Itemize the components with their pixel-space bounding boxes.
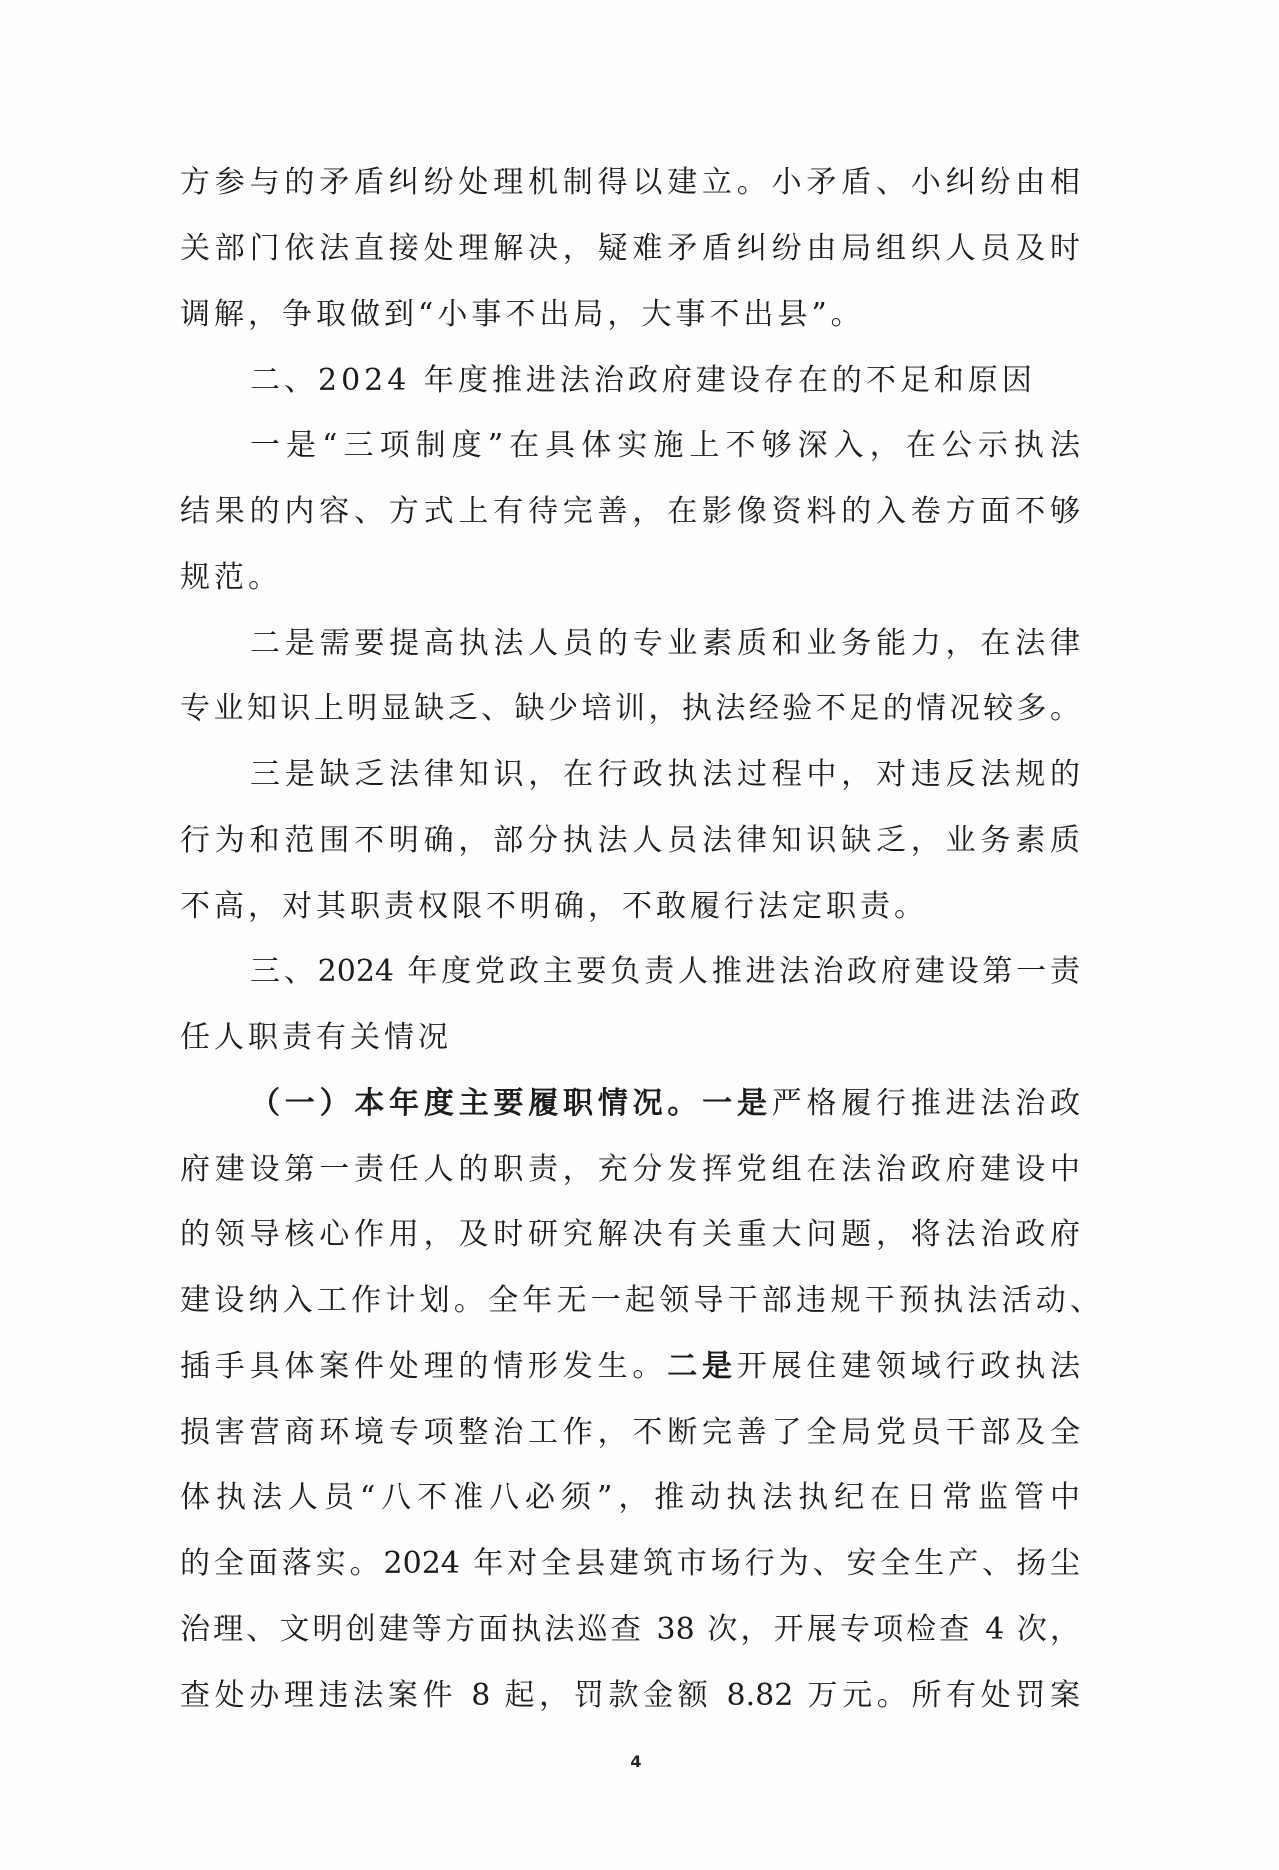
- body-line: 插手具体案件处理的情形发生。二是开展住建领域行政执法: [180, 1345, 1080, 1389]
- body-text: 开展住建领域行政执法: [737, 1349, 1080, 1384]
- subsection-heading: （一）本年度主要履职情况。一是: [250, 1086, 772, 1121]
- body-line: 建设纳入工作计划。全年无一起领导干部违规干预执法活动、: [180, 1279, 1100, 1323]
- body-line: 的领导核心作用，及时研究解决有关重大问题，将法治政府: [180, 1213, 1080, 1257]
- body-line: 一是“三项制度”在具体实施上不够深入，在公示执法: [250, 424, 1080, 468]
- body-line: 二是需要提高执法人员的专业素质和业务能力，在法律: [250, 622, 1080, 666]
- body-line: 结果的内容、方式上有待完善，在影像资料的入卷方面不够: [180, 490, 1080, 534]
- section-heading-2: 二、2024 年度推进法治政府建设存在的不足和原因: [250, 359, 1080, 403]
- section-heading-3: 三、2024 年度党政主要负责人推进法治政府建设第一责: [250, 950, 1080, 994]
- point-label: 二是: [667, 1349, 737, 1384]
- body-line: 损害营商环境专项整治工作，不断完善了全局党员干部及全: [180, 1411, 1080, 1455]
- body-line: 府建设第一责任人的职责，充分发挥党组在法治政府建设中: [180, 1148, 1080, 1192]
- body-line: 体执法人员“八不准八必须”，推动执法执纪在日常监管中: [180, 1476, 1080, 1520]
- body-line: 查处办理违法案件 8 起，罚款金额 8.82 万元。所有处罚案: [180, 1674, 1080, 1718]
- body-text: 插手具体案件处理的情形发生。: [180, 1349, 667, 1384]
- body-line: 专业知识上明显缺乏、缺少培训，执法经验不足的情况较多。: [180, 687, 1080, 731]
- body-line: 不高，对其职责权限不明确，不敢履行法定职责。: [180, 885, 1080, 929]
- body-line: 方参与的矛盾纠纷处理机制得以建立。小矛盾、小纠纷由相: [180, 161, 1080, 205]
- page-number: 4: [626, 1752, 646, 1771]
- body-line: 行为和范围不明确，部分执法人员法律知识缺乏，业务素质: [180, 819, 1080, 863]
- body-line: 调解，争取做到“小事不出局，大事不出县”。: [180, 293, 1080, 337]
- body-line: 三是缺乏法律知识，在行政执法过程中，对违反法规的: [250, 753, 1080, 797]
- body-text: 严格履行推进法治政: [772, 1086, 1080, 1121]
- body-line: 关部门依法直接处理解决，疑难矛盾纠纷由局组织人员及时: [180, 227, 1080, 271]
- body-line: 治理、文明创建等方面执法巡查 38 次，开展专项检查 4 次，: [180, 1608, 1080, 1652]
- subsection-line: （一）本年度主要履职情况。一是严格履行推进法治政: [250, 1082, 1080, 1126]
- body-line: 规范。: [180, 556, 1080, 600]
- document-page: 方参与的矛盾纠纷处理机制得以建立。小矛盾、小纠纷由相 关部门依法直接处理解决，疑…: [0, 0, 1279, 1870]
- body-line: 的全面落实。2024 年对全县建筑市场行为、安全生产、扬尘: [180, 1542, 1080, 1586]
- section-heading-3-cont: 任人职责有关情况: [180, 1016, 1080, 1060]
